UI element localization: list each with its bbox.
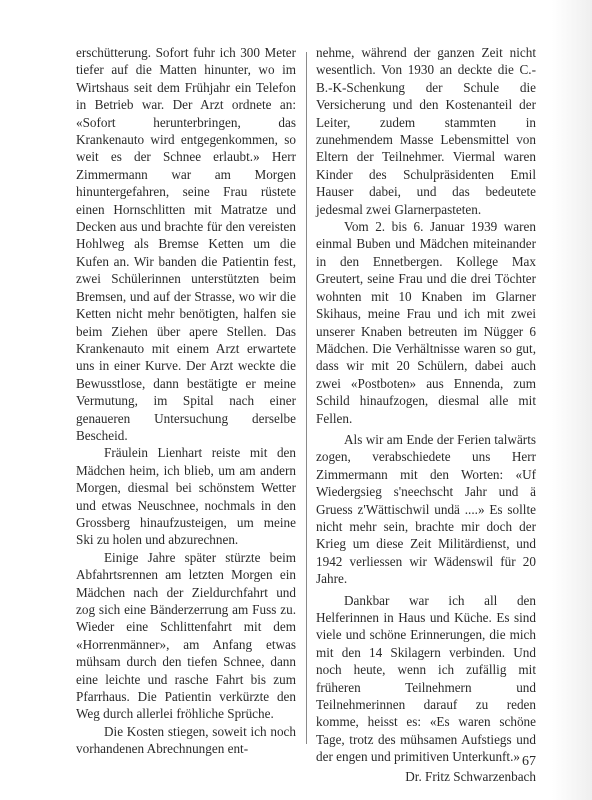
author-signature: Dr. Fritz Schwarzenbach: [316, 768, 536, 785]
paragraph: erschütterung. Sofort fuhr ich 300 Meter…: [76, 44, 296, 444]
paragraph: Die Kosten stiegen, soweit ich noch vorh…: [76, 723, 296, 758]
left-column: erschütterung. Sofort fuhr ich 300 Meter…: [76, 44, 296, 758]
paragraph: Einige Jahre später stürzte beim Abfahrt…: [76, 549, 296, 723]
right-column: nehme, während der ganzen Zeit nicht wes…: [316, 44, 536, 785]
paragraph: Dankbar war ich all den Helferinnen in H…: [316, 592, 536, 766]
page-number: 67: [522, 754, 536, 770]
page-edge-shadow: [552, 0, 592, 800]
paragraph: Fräulein Lienhart reiste mit den Mädchen…: [76, 444, 296, 548]
paragraph: nehme, während der ganzen Zeit nicht wes…: [316, 44, 536, 218]
column-divider: [306, 52, 307, 744]
paragraph: Vom 2. bis 6. Januar 1939 waren einmal B…: [316, 218, 536, 427]
paragraph: Als wir am Ende der Ferien talwärts zoge…: [316, 431, 536, 588]
